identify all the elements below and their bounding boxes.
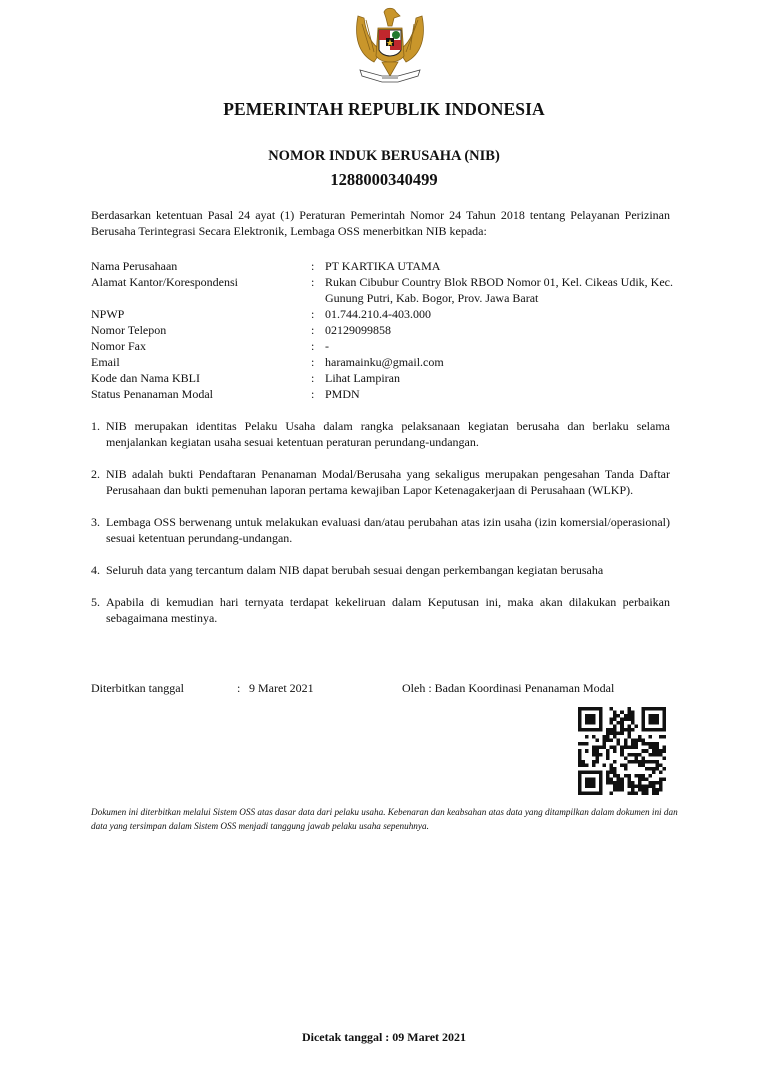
note-number: 3. <box>91 514 106 546</box>
field-label: Nomor Telepon <box>91 322 311 338</box>
field-email: Email : haramainku@gmail.com <box>91 354 681 370</box>
issued-by: Oleh : Badan Koordinasi Penanaman Modal <box>402 680 614 696</box>
note-number: 4. <box>91 562 106 578</box>
field-npwp: NPWP : 01.744.210.4-403.000 <box>91 306 681 322</box>
nib-number: 1288000340499 <box>0 170 768 190</box>
note-number: 5. <box>91 594 106 626</box>
field-kbli: Kode dan Nama KBLI : Lihat Lampiran <box>91 370 681 386</box>
note-item: 5. Apabila di kemudian hari ternyata ter… <box>91 594 670 626</box>
field-value: Lihat Lampiran <box>325 370 681 386</box>
company-details: Nama Perusahaan : PT KARTIKA UTAMA Alama… <box>91 258 681 402</box>
note-item: 4. Seluruh data yang tercantum dalam NIB… <box>91 562 670 578</box>
disclaimer: Dokumen ini diterbitkan melalui Sistem O… <box>91 806 681 833</box>
note-number: 2. <box>91 466 106 498</box>
field-label: Status Penanaman Modal <box>91 386 311 402</box>
printed-date: Dicetak tanggal : 09 Maret 2021 <box>0 1030 768 1045</box>
field-company-name: Nama Perusahaan : PT KARTIKA UTAMA <box>91 258 681 274</box>
field-colon: : <box>311 370 325 386</box>
field-investment-status: Status Penanaman Modal : PMDN <box>91 386 681 402</box>
field-colon: : <box>311 258 325 274</box>
field-label: NPWP <box>91 306 311 322</box>
garuda-emblem-icon <box>352 6 428 88</box>
note-text: NIB adalah bukti Pendaftaran Penanaman M… <box>106 466 670 498</box>
field-label: Nomor Fax <box>91 338 311 354</box>
field-label: Nama Perusahaan <box>91 258 311 274</box>
note-item: 1. NIB merupakan identitas Pelaku Usaha … <box>91 418 670 450</box>
note-text: Apabila di kemudian hari ternyata terdap… <box>106 594 670 626</box>
note-item: 2. NIB adalah bukti Pendaftaran Penanama… <box>91 466 670 498</box>
government-heading: PEMERINTAH REPUBLIK INDONESIA <box>0 99 768 120</box>
field-value: PT KARTIKA UTAMA <box>325 258 681 274</box>
field-colon: : <box>311 338 325 354</box>
field-fax: Nomor Fax : - <box>91 338 681 354</box>
field-label: Kode dan Nama KBLI <box>91 370 311 386</box>
issued-date: 9 Maret 2021 <box>249 680 314 696</box>
field-value: - <box>325 338 681 354</box>
field-value: haramainku@gmail.com <box>325 354 681 370</box>
note-text: Lembaga OSS berwenang untuk melakukan ev… <box>106 514 670 546</box>
note-text: Seluruh data yang tercantum dalam NIB da… <box>106 562 670 578</box>
field-colon: : <box>311 354 325 370</box>
field-phone: Nomor Telepon : 02129099858 <box>91 322 681 338</box>
note-number: 1. <box>91 418 106 450</box>
field-value: 02129099858 <box>325 322 681 338</box>
field-colon: : <box>311 322 325 338</box>
intro-paragraph: Berdasarkan ketentuan Pasal 24 ayat (1) … <box>91 207 670 239</box>
issued-colon: : <box>237 680 240 696</box>
field-colon: : <box>311 274 325 306</box>
document-title: NOMOR INDUK BERUSAHA (NIB) <box>0 148 768 165</box>
field-value: PMDN <box>325 386 681 402</box>
issued-label: Diterbitkan tanggal <box>91 680 184 696</box>
field-label: Email <box>91 354 311 370</box>
field-address: Alamat Kantor/Korespondensi : Rukan Cibu… <box>91 274 681 306</box>
notes-list: 1. NIB merupakan identitas Pelaku Usaha … <box>91 418 670 642</box>
note-item: 3. Lembaga OSS berwenang untuk melakukan… <box>91 514 670 546</box>
field-colon: : <box>311 306 325 322</box>
qr-code-icon <box>578 707 666 795</box>
field-value: Rukan Cibubur Country Blok RBOD Nomor 01… <box>325 274 681 306</box>
field-label: Alamat Kantor/Korespondensi <box>91 274 311 306</box>
field-colon: : <box>311 386 325 402</box>
field-value: 01.744.210.4-403.000 <box>325 306 681 322</box>
note-text: NIB merupakan identitas Pelaku Usaha dal… <box>106 418 670 450</box>
